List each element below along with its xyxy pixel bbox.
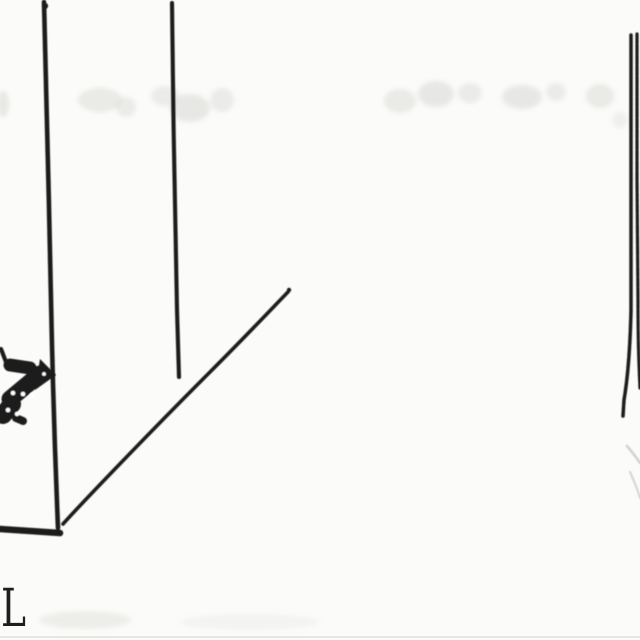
stipple-dot — [30, 393, 34, 397]
smudge-blob — [586, 84, 614, 108]
smudge-blob — [612, 112, 628, 128]
smudge-blob — [418, 81, 454, 107]
bottom-edge-line — [0, 529, 60, 533]
stipple-dot — [6, 408, 11, 413]
stipple-dot — [42, 372, 46, 376]
smudge-blob — [170, 94, 210, 122]
smudge-blob-bottom — [39, 611, 131, 629]
smudge-blob — [116, 97, 136, 117]
sketch-canvas: L — [0, 0, 640, 640]
scanned-sketch-figure: L — [0, 0, 640, 640]
stipple-dot — [15, 412, 19, 416]
stipple-dot — [21, 392, 26, 397]
label-L: L — [1, 579, 26, 639]
left-line-top-blob — [42, 3, 48, 9]
arrow-foot-step — [16, 418, 23, 421]
diagonal-tip-dot — [287, 288, 291, 292]
smudge-blob — [78, 88, 122, 112]
smudge-blob — [458, 83, 482, 103]
smudge-blob — [502, 85, 542, 109]
stipple-dot — [11, 391, 16, 396]
smudge-blob — [210, 88, 234, 112]
smudge-blob — [384, 89, 416, 113]
smudge-blob — [546, 83, 566, 101]
bottom-scan-edge-line — [0, 636, 640, 638]
arrow-upper-spur — [10, 365, 30, 368]
smudge-blob-bottom — [180, 614, 320, 630]
